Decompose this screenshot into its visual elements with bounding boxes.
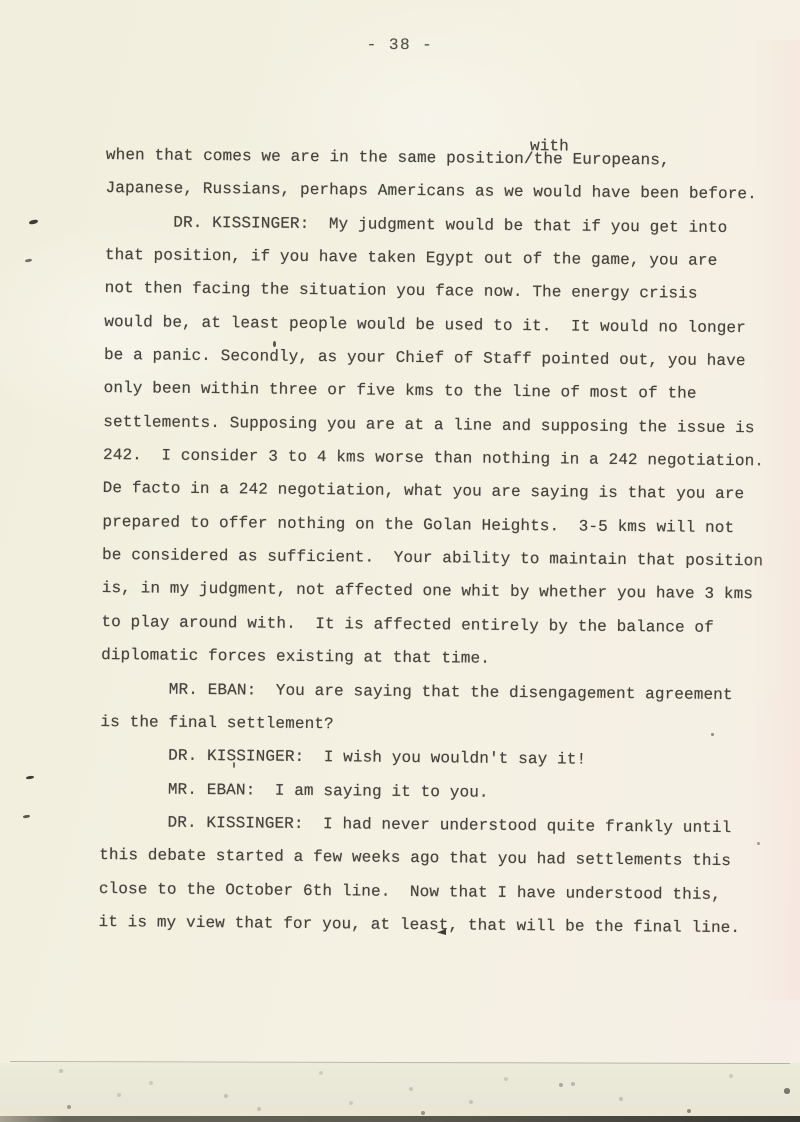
typed-insertion-word: with (530, 137, 569, 155)
scan-noise-speckles (0, 0, 2, 2)
scan-bottom-band (0, 1063, 800, 1122)
margin-mark (23, 815, 30, 819)
margin-mark (25, 258, 32, 262)
page-number: - 38 - (0, 34, 800, 56)
margin-mark (26, 775, 34, 779)
stray-apostrophe-mark (233, 762, 235, 768)
scanned-document-page: - 38 - with when that comes we are in th… (0, 0, 800, 1122)
stray-dot (757, 842, 760, 845)
typed-lines: when that comes we are in the same posit… (98, 146, 796, 953)
typed-text-block: with when that comes we are in the same … (98, 146, 796, 953)
typed-overstrike-mark (273, 341, 276, 347)
scan-bottom-edge (0, 1116, 800, 1122)
stray-dot (711, 733, 714, 736)
margin-mark (29, 219, 39, 225)
